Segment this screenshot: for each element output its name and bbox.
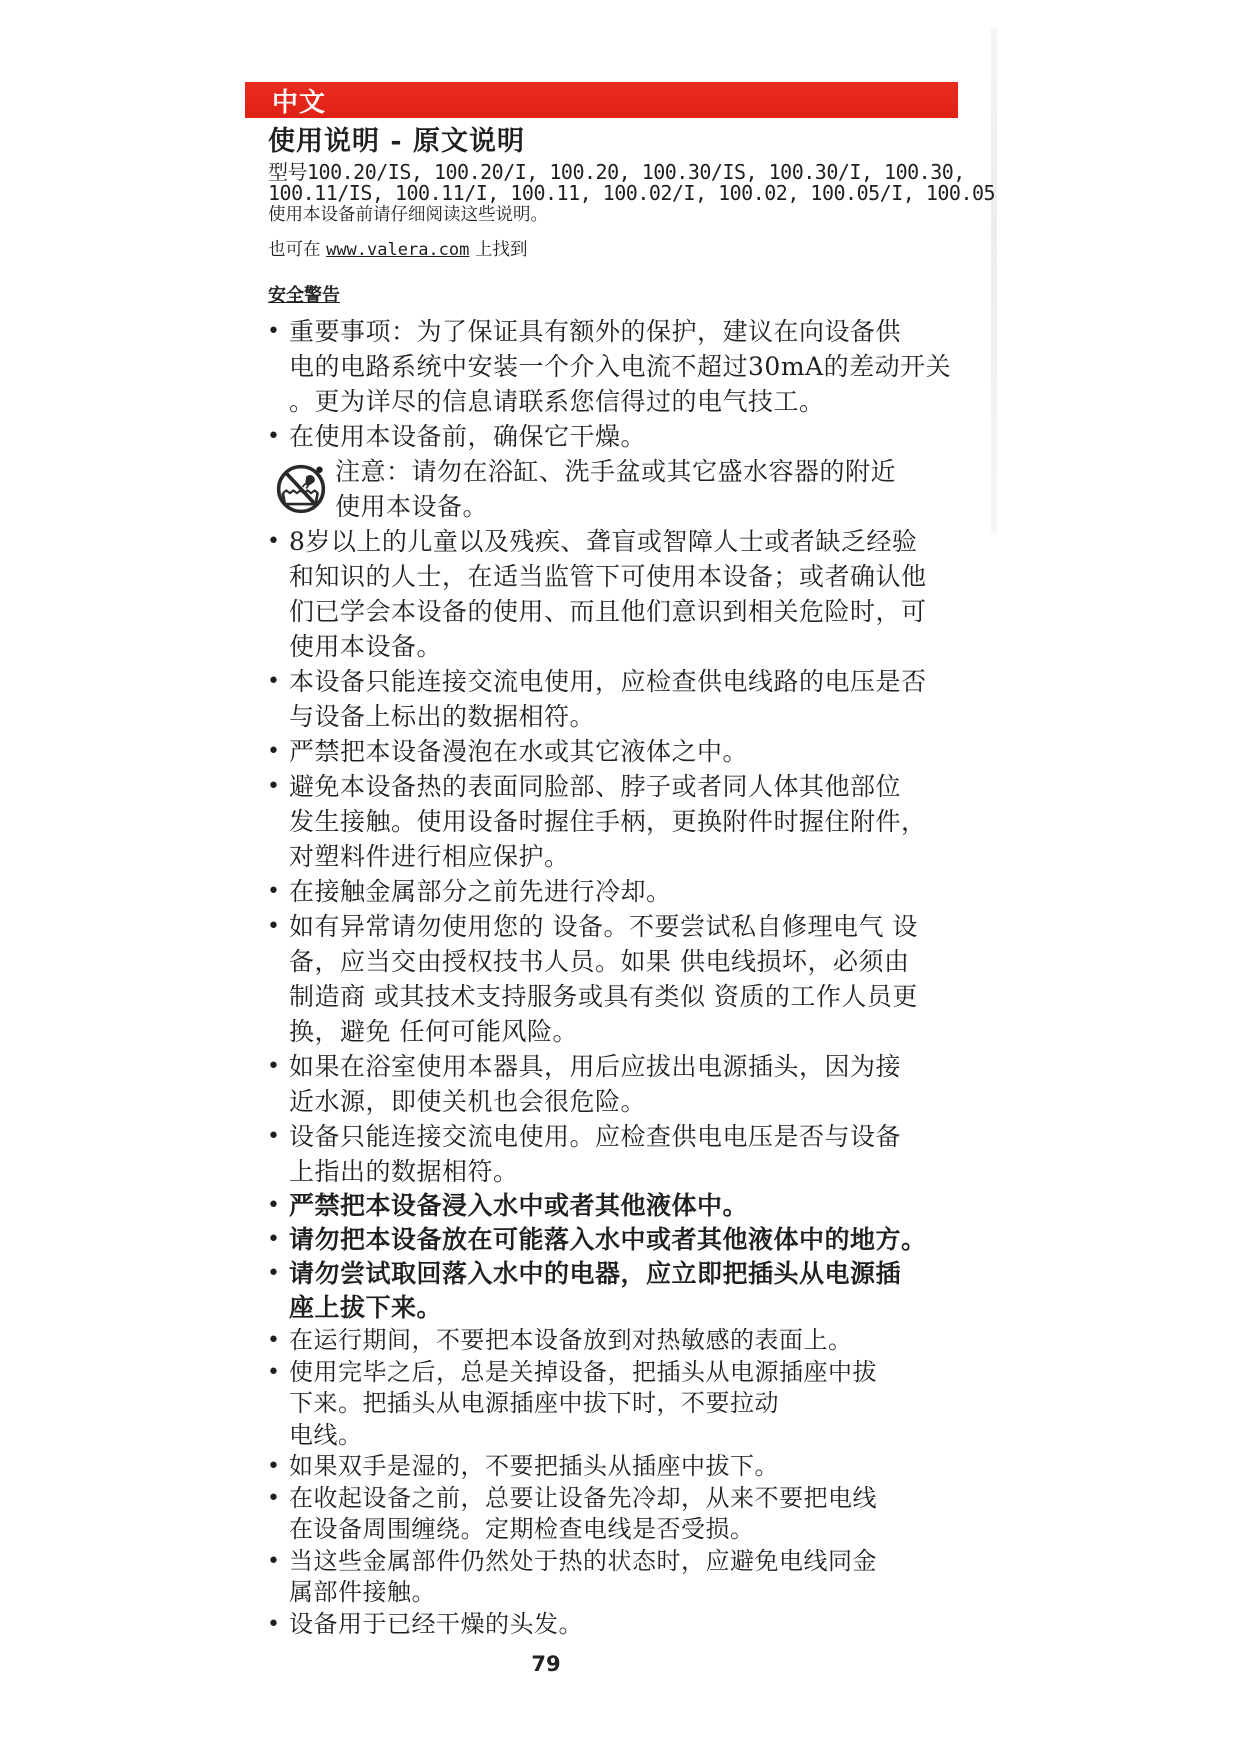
language-bar: 中文 (245, 82, 958, 118)
warning-item: •在接触金属部分之前先进行冷却。 (267, 874, 958, 909)
bullet-marker: • (267, 1325, 289, 1357)
warning-line: 在运行期间，不要把本设备放到对热敏感的表面上。 (289, 1325, 958, 1357)
warning-item: •请勿尝试取回落入水中的电器，应立即把插头从电源插座上拔下来。 (267, 1257, 958, 1325)
page-title: 使用说明 - 原文说明 (268, 122, 958, 162)
warning-item: •在收起设备之前，总要让设备先冷却，从来不要把电线在设备周围缠绕。定期检查电线是… (267, 1483, 958, 1546)
model-line: 型号100.20/IS, 100.20/I, 100.20, 100.30/IS… (268, 162, 958, 183)
warnings-list: •重要事项：为了保证具有额外的保护，建议在向设备供电的电路系统中安装一个介入电流… (267, 314, 958, 1640)
bullet-marker: • (267, 419, 289, 454)
warning-item: •在运行期间，不要把本设备放到对热敏感的表面上。 (267, 1325, 958, 1357)
warning-item: •在使用本设备前，确保它干燥。 (267, 419, 958, 454)
warning-item: •避免本设备热的表面同脸部、脖子或者同人体其他部位发生接触。使用设备时握住手柄，… (267, 769, 958, 874)
warning-line: 本设备只能连接交流电使用，应检查供电线路的电压是否 (289, 664, 958, 699)
warning-item: •严禁把本设备浸入水中或者其他液体中。 (267, 1189, 958, 1223)
bullet-marker: • (267, 1257, 289, 1325)
warning-line: 对塑料件进行相应保护。 (289, 839, 958, 874)
warning-line: 8岁以上的儿童以及残疾、聋盲或智障人士或者缺乏经验 (289, 524, 958, 559)
bullet-marker: • (267, 1049, 289, 1119)
warning-line: 在设备周围缠绕。定期检查电线是否受损。 (289, 1514, 958, 1546)
warning-line: 上指出的数据相符。 (289, 1154, 958, 1189)
warning-line: 严禁把本设备漫泡在水或其它液体之中。 (289, 734, 958, 769)
warning-line: 和知识的人士，在适当监管下可使用本设备；或者确认他 (289, 559, 958, 594)
warning-line: 在接触金属部分之前先进行冷却。 (289, 874, 958, 909)
no-use-near-water-icon (275, 463, 327, 515)
warning-item: •如果在浴室使用本器具，用后应拔出电源插头，因为接近水源，即使关机也会很危险。 (267, 1049, 958, 1119)
warning-item: •8岁以上的儿童以及残疾、聋盲或智障人士或者缺乏经验和知识的人士，在适当监管下可… (267, 524, 958, 664)
warning-item: •设备用于已经干燥的头发。 (267, 1609, 958, 1641)
bullet-marker: • (267, 314, 289, 419)
warning-line: 发生接触。使用设备时握住手柄，更换附件时握住附件， (289, 804, 958, 839)
warning-item: •本设备只能连接交流电使用，应检查供电线路的电压是否与设备上标出的数据相符。 (267, 664, 958, 734)
warning-item: •当这些金属部件仍然处于热的状态时，应避免电线同金属部件接触。 (267, 1546, 958, 1609)
warning-line: 设备只能连接交流电使用。应检查供电电压是否与设备 (289, 1119, 958, 1154)
warning-line: 换，避免 任何可能风险。 (289, 1014, 958, 1049)
bullet-marker: • (267, 1119, 289, 1189)
warning-line: 如果双手是湿的，不要把插头从插座中拔下。 (289, 1451, 958, 1483)
warning-line: 使用完毕之后，总是关掉设备，把插头从电源插座中拔 (289, 1357, 958, 1389)
document-page: 中文 使用说明 - 原文说明 型号100.20/IS, 100.20/I, 10… (0, 0, 1241, 1754)
warning-line: 座上拔下来。 (289, 1291, 958, 1325)
safety-warnings-heading: 安全警告 (268, 284, 340, 308)
availability-prefix: 也可在 (268, 240, 326, 260)
bullet-marker: • (267, 1609, 289, 1641)
bullet-marker: • (267, 1483, 289, 1546)
warning-line: 。更为详尽的信息请联系您信得过的电气技工。 (289, 384, 958, 419)
warning-line: 与设备上标出的数据相符。 (289, 699, 958, 734)
bullet-marker: • (267, 874, 289, 909)
warning-line: 备，应当交由授权技书人员。如果 供电线损坏，必须由 (289, 944, 958, 979)
warning-item: •设备只能连接交流电使用。应检查供电电压是否与设备上指出的数据相符。 (267, 1119, 958, 1189)
bullet-marker: • (267, 909, 289, 1049)
warning-line: 电线。 (289, 1420, 958, 1452)
warning-line: 使用本设备。 (289, 629, 958, 664)
bullet-marker: • (267, 1546, 289, 1609)
warning-item: •使用完毕之后，总是关掉设备，把插头从电源插座中拔下来。把插头从电源插座中拔下时… (267, 1357, 958, 1452)
page-edge-shadow (991, 28, 997, 533)
warning-line: 属部件接触。 (289, 1577, 958, 1609)
warning-line: 设备用于已经干燥的头发。 (289, 1609, 958, 1641)
warning-line: 使用本设备。 (335, 489, 958, 524)
bullet-marker: • (267, 664, 289, 734)
availability-suffix: 上找到 (469, 240, 527, 260)
warning-item: •如果双手是湿的，不要把插头从插座中拔下。 (267, 1451, 958, 1483)
warning-line: 如果在浴室使用本器具，用后应拔出电源插头，因为接 (289, 1049, 958, 1084)
read-notice: 使用本设备前请仔细阅读这些说明。 (268, 204, 958, 226)
bullet-marker: • (267, 769, 289, 874)
warning-line: 请勿尝试取回落入水中的电器，应立即把插头从电源插 (289, 1257, 958, 1291)
warning-item: •重要事项：为了保证具有额外的保护，建议在向设备供电的电路系统中安装一个介入电流… (267, 314, 958, 419)
warning-line: 避免本设备热的表面同脸部、脖子或者同人体其他部位 (289, 769, 958, 804)
warning-line: 们已学会本设备的使用、而且他们意识到相关危险时，可 (289, 594, 958, 629)
bullet-marker: • (267, 1223, 289, 1257)
warning-line: 重要事项：为了保证具有额外的保护，建议在向设备供 (289, 314, 958, 349)
warning-line: 制造商 或其技术支持服务或具有类似 资质的工作人员更 (289, 979, 958, 1014)
warning-line: 下来。把插头从电源插座中拔下时，不要拉动 (289, 1388, 958, 1420)
language-label: 中文 (272, 82, 326, 119)
bullet-marker: • (267, 524, 289, 664)
page-content: 中文 使用说明 - 原文说明 型号100.20/IS, 100.20/I, 10… (245, 82, 958, 1640)
model-numbers: 型号100.20/IS, 100.20/I, 100.20, 100.30/IS… (268, 162, 958, 204)
warning-line: 严禁把本设备浸入水中或者其他液体中。 (289, 1189, 958, 1223)
warning-item: •注意：请勿在浴缸、洗手盆或其它盛水容器的附近使用本设备。 (267, 454, 958, 524)
warning-line: 近水源，即使关机也会很危险。 (289, 1084, 958, 1119)
warning-line: 当这些金属部件仍然处于热的状态时，应避免电线同金 (289, 1546, 958, 1578)
warning-line: 电的电路系统中安装一个介入电流不超过30mA的差动开关 (289, 349, 958, 384)
warning-line: 在收起设备之前，总要让设备先冷却，从来不要把电线 (289, 1483, 958, 1515)
warning-item: •请勿把本设备放在可能落入水中或者其他液体中的地方。 (267, 1223, 958, 1257)
model-line: 100.11/IS, 100.11/I, 100.11, 100.02/I, 1… (268, 183, 958, 204)
warning-item: •严禁把本设备漫泡在水或其它液体之中。 (267, 734, 958, 769)
bullet-marker: • (267, 1357, 289, 1452)
warning-line: 在使用本设备前，确保它干燥。 (289, 419, 958, 454)
availability-note: 也可在 www.valera.com 上找到 (268, 238, 958, 262)
website-link[interactable]: www.valera.com (326, 240, 469, 260)
bullet-marker: • (267, 1451, 289, 1483)
warning-line: 请勿把本设备放在可能落入水中或者其他液体中的地方。 (289, 1223, 958, 1257)
warning-item: •如有异常请勿使用您的 设备。不要尝试私自修理电气 设备，应当交由授权技书人员。… (267, 909, 958, 1049)
warning-line: 注意：请勿在浴缸、洗手盆或其它盛水容器的附近 (335, 454, 958, 489)
bullet-marker: • (267, 1189, 289, 1223)
page-number: 79 (526, 1652, 566, 1676)
bullet-marker: • (267, 734, 289, 769)
warning-line: 如有异常请勿使用您的 设备。不要尝试私自修理电气 设 (289, 909, 958, 944)
